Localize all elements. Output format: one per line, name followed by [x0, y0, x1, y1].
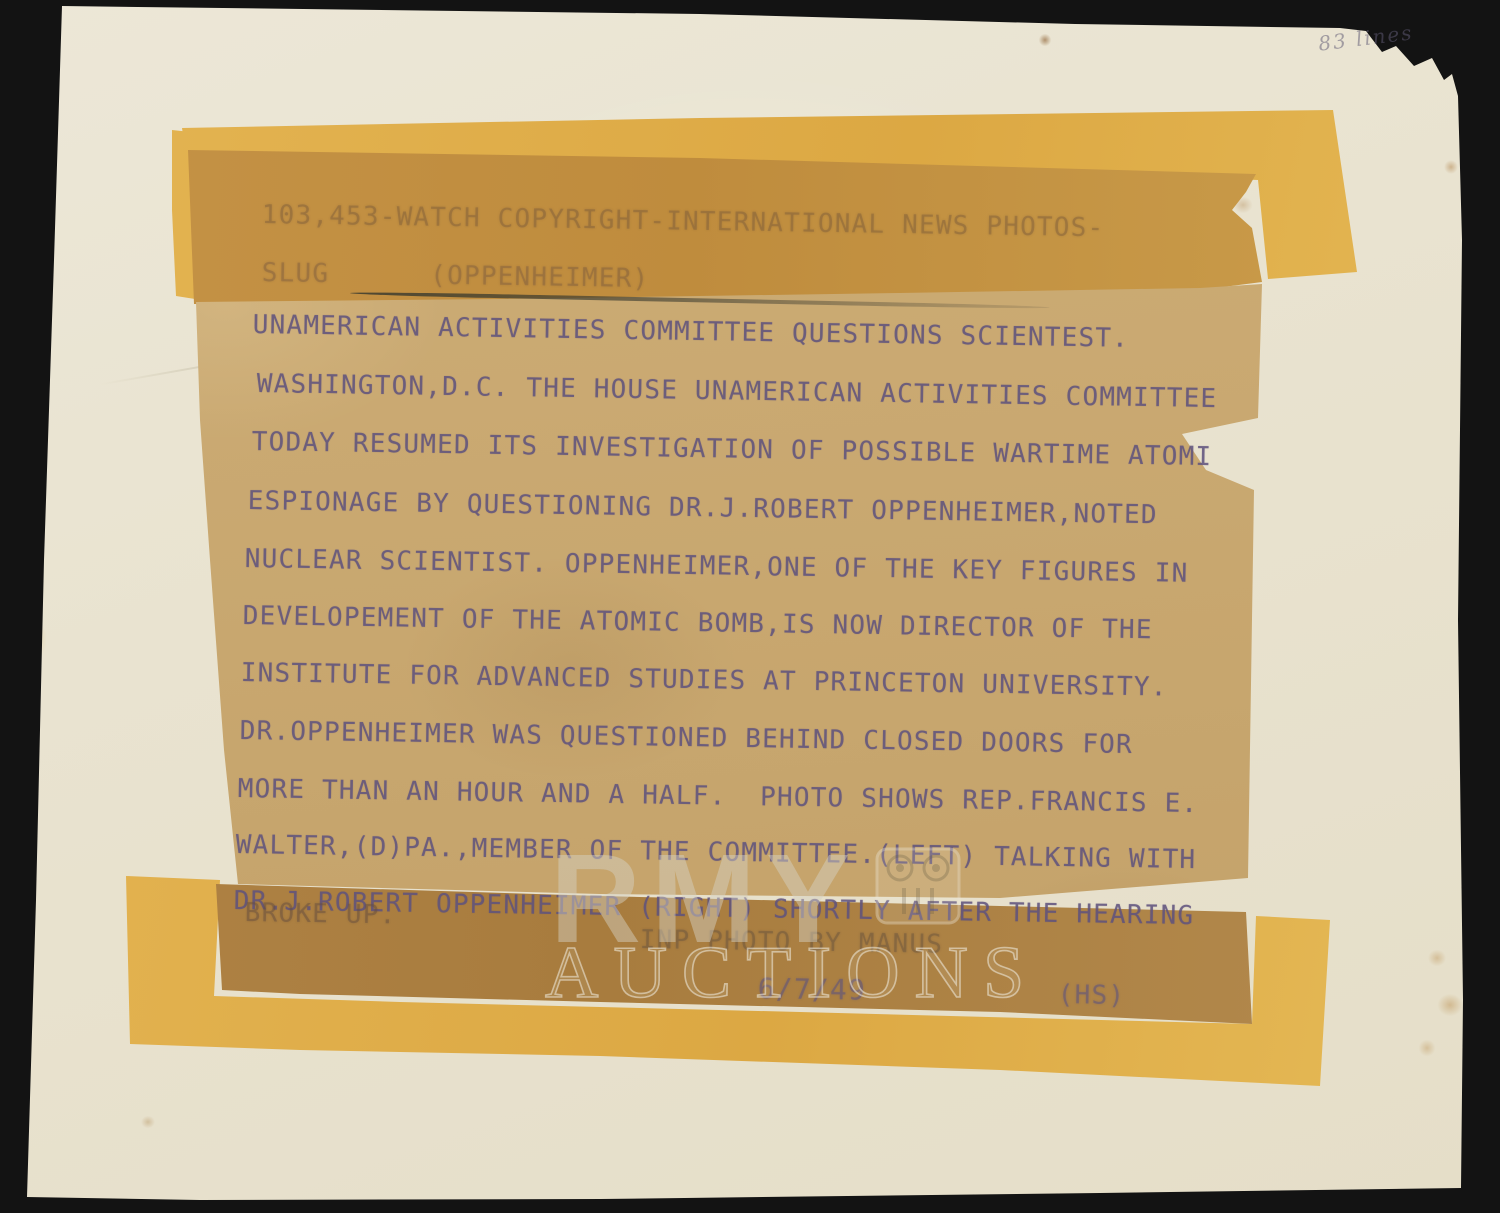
footer-date: 6/7/49 — [757, 972, 866, 1007]
footer-broke-up-note: BROKE UP. — [245, 898, 397, 930]
footer-initials: (HS) — [1058, 980, 1126, 1011]
footer-credit-line: INP PHOTO BY MANUS — [640, 925, 944, 960]
photo-verso-scan: 103,453-WATCH COPYRIGHT-INTERNATIONAL NE… — [0, 0, 1500, 1213]
stamp-header-line-2: SLUG (OPPENHEIMER) — [262, 258, 650, 294]
